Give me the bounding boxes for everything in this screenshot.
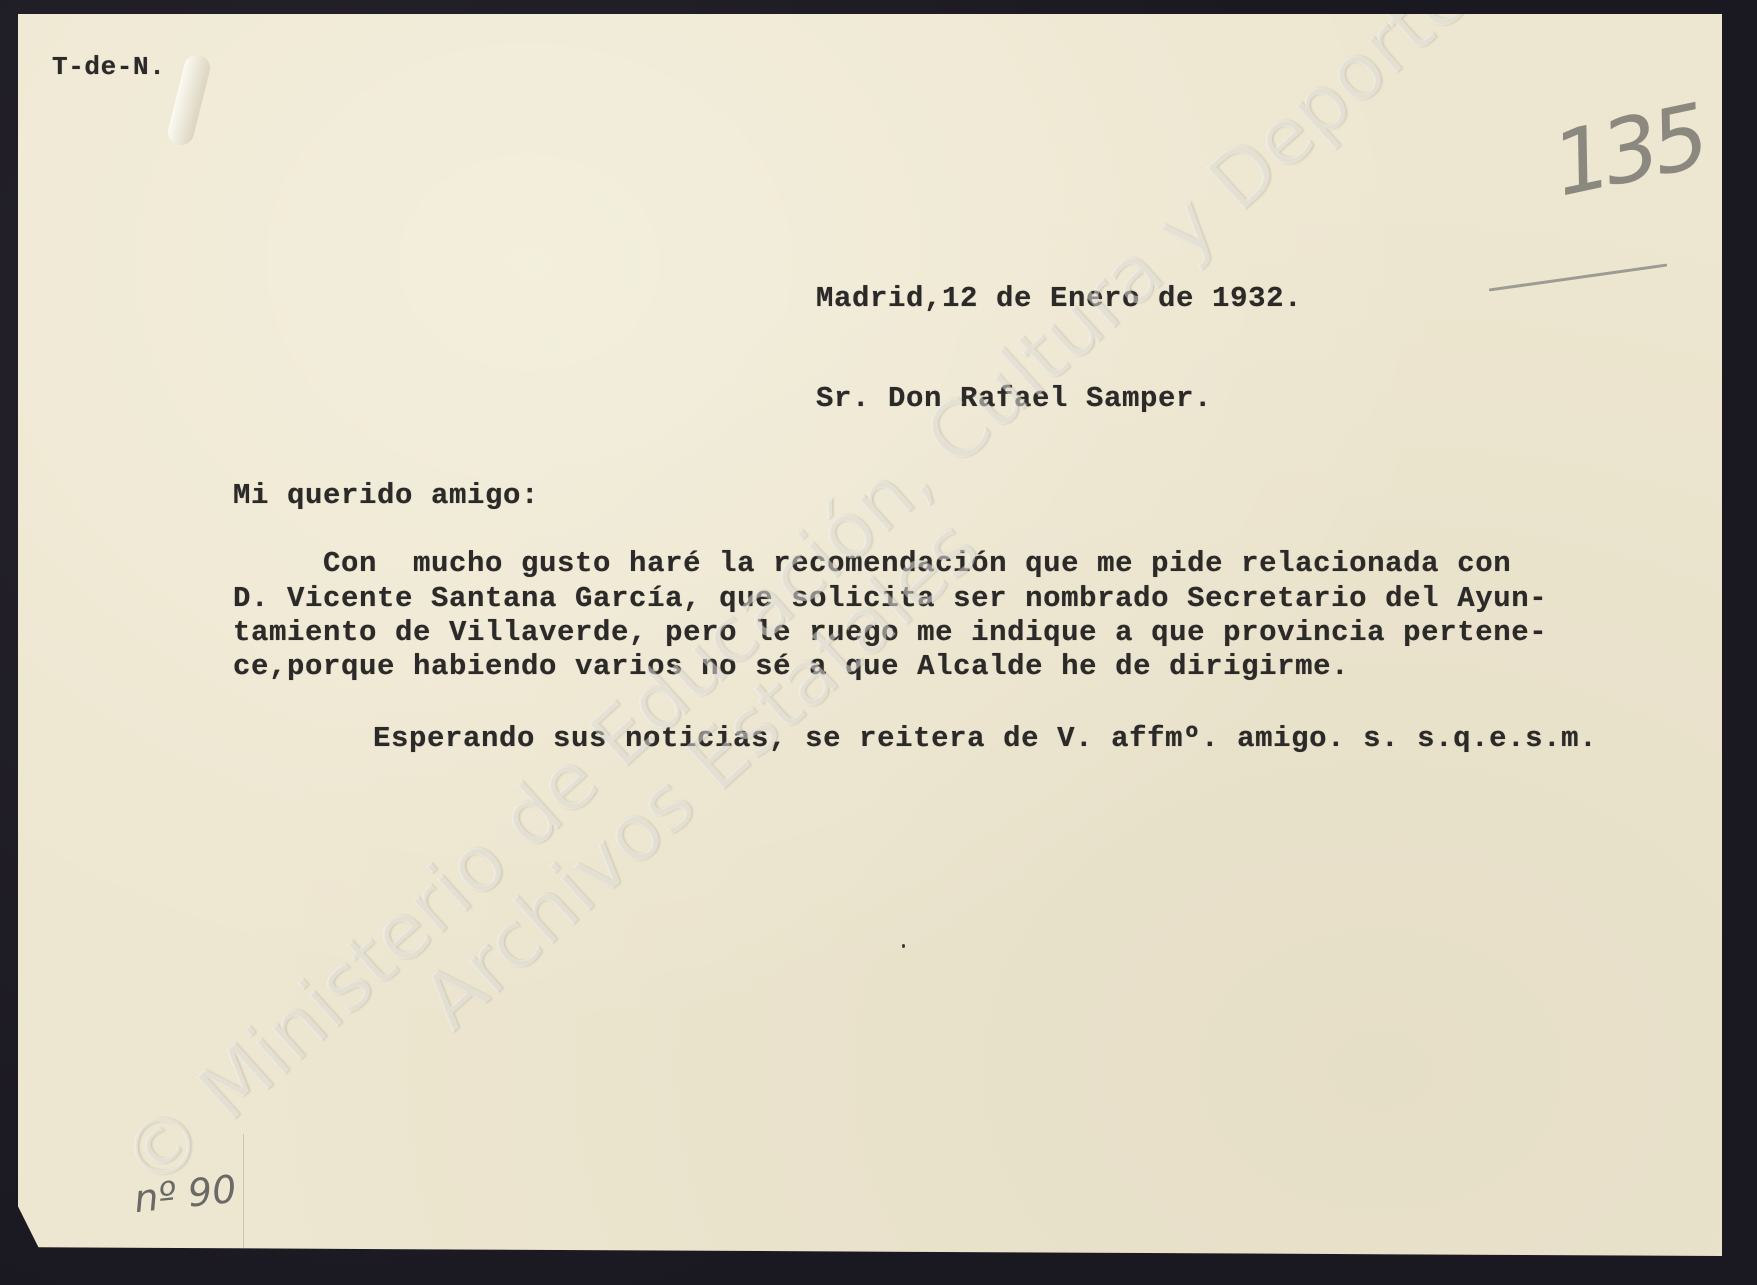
paper-fold-mark [165,52,212,148]
body-line: Con mucho gusto haré la recomendación qu… [233,547,1511,580]
closing-line: Esperando sus noticias, se reitera de V.… [373,722,1597,755]
margin-crease [243,1134,244,1264]
letter-sheet: T-de-N. 135 Madrid,12 de Enero de 1932. … [18,14,1722,1256]
folio-underline [1489,263,1668,291]
salutation: Mi querido amigo: [233,479,539,512]
body-line: tamiento de Villaverde, pero le ruego me… [233,616,1547,649]
folio-number-pencil: 135 [1544,85,1712,217]
body-line: ce,porque habiendo varios no sé a que Al… [233,650,1349,683]
recipient-line: Sr. Don Rafael Samper. [816,382,1212,415]
document-number-pencil: nº 90 [132,1167,238,1221]
reference-code: T-de-N. [52,52,165,82]
ink-speck [902,944,905,948]
body-line: D. Vicente Santana García, que solicita … [233,582,1547,615]
date-line: Madrid,12 de Enero de 1932. [816,282,1302,315]
